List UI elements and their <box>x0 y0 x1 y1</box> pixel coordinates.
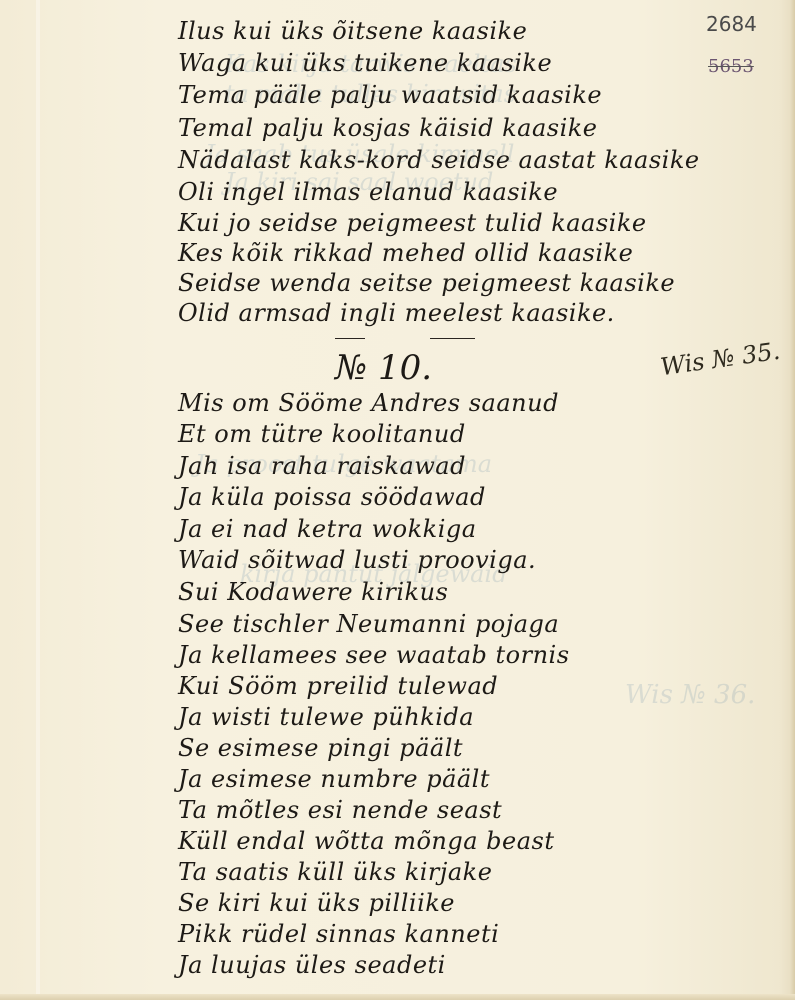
verse-line: Se esimese pingi päält <box>178 733 463 763</box>
manuscript-page: Kas kirja tarwis waeltas ta maha tulles … <box>0 0 795 1000</box>
verse-line: Oli ingel ilmas elanud kaasike <box>178 177 558 207</box>
verse-line: See tischler Neumanni pojaga <box>178 609 559 639</box>
bleed-through-margin-note: Wis № 36. <box>625 680 755 710</box>
verse-line: Temal palju kosjas käisid kaasike <box>178 113 598 143</box>
verse-line: Se kiri kui üks pilliike <box>178 888 455 918</box>
verse-line: Seidse wenda seitse peigmeest kaasike <box>178 268 675 298</box>
verse-line: Ja küla poissa söödawad <box>178 482 486 512</box>
verse-line: Ja kellamees see waatab tornis <box>178 640 570 670</box>
page-spine-shadow <box>36 0 40 1000</box>
verse-line: Kes kõik rikkad mehed ollid kaasike <box>178 238 633 268</box>
verse-line: Waid sõitwad lusti prooviga. <box>178 545 536 575</box>
song-number-heading: № 10. <box>335 348 432 388</box>
verse-line: Sui Kodawere kirikus <box>178 577 448 607</box>
verse-line: Ja esimese numbre päält <box>178 764 490 794</box>
verse-line: Et om tütre koolitanud <box>178 419 466 449</box>
verse-line: Küll endal wõtta mõnga beast <box>178 826 555 856</box>
verse-line: Ja wisti tulewe pühkida <box>178 702 474 732</box>
verse-line: Tema pääle palju waatsid kaasike <box>178 80 602 110</box>
verse-line: Ja ei nad ketra wokkiga <box>178 514 477 544</box>
verse-line: Kui Sööm preilid tulewad <box>178 671 498 701</box>
archive-number-old-struck: 5653 <box>708 56 754 77</box>
verse-line: Nädalast kaks-kord seidse aastat kaasike <box>178 145 700 175</box>
verse-line: Waga kui üks tuikene kaasike <box>178 48 552 78</box>
divider <box>430 338 475 339</box>
verse-line: Ilus kui üks õitsene kaasike <box>178 16 527 46</box>
page-right-edge <box>790 0 795 1000</box>
divider <box>335 338 365 339</box>
verse-line: Kui jo seidse peigmeest tulid kaasike <box>178 208 647 238</box>
verse-line: Jah isa raha raiskawad <box>178 451 466 481</box>
verse-line: Ta saatis küll üks kirjake <box>178 857 492 887</box>
archive-number: 2684 <box>706 12 757 36</box>
verse-line: Ja luujas üles seadeti <box>178 950 446 980</box>
verse-line: Mis om Sööme Andres saanud <box>178 388 559 418</box>
verse-line: Ta mõtles esi nende seast <box>178 795 502 825</box>
verse-line: Olid armsad ingli meelest kaasike. <box>178 298 615 328</box>
margin-note: Wis № 35. <box>659 337 782 381</box>
page-bottom-edge <box>0 994 795 1000</box>
verse-line: Pikk rüdel sinnas kanneti <box>178 919 499 949</box>
